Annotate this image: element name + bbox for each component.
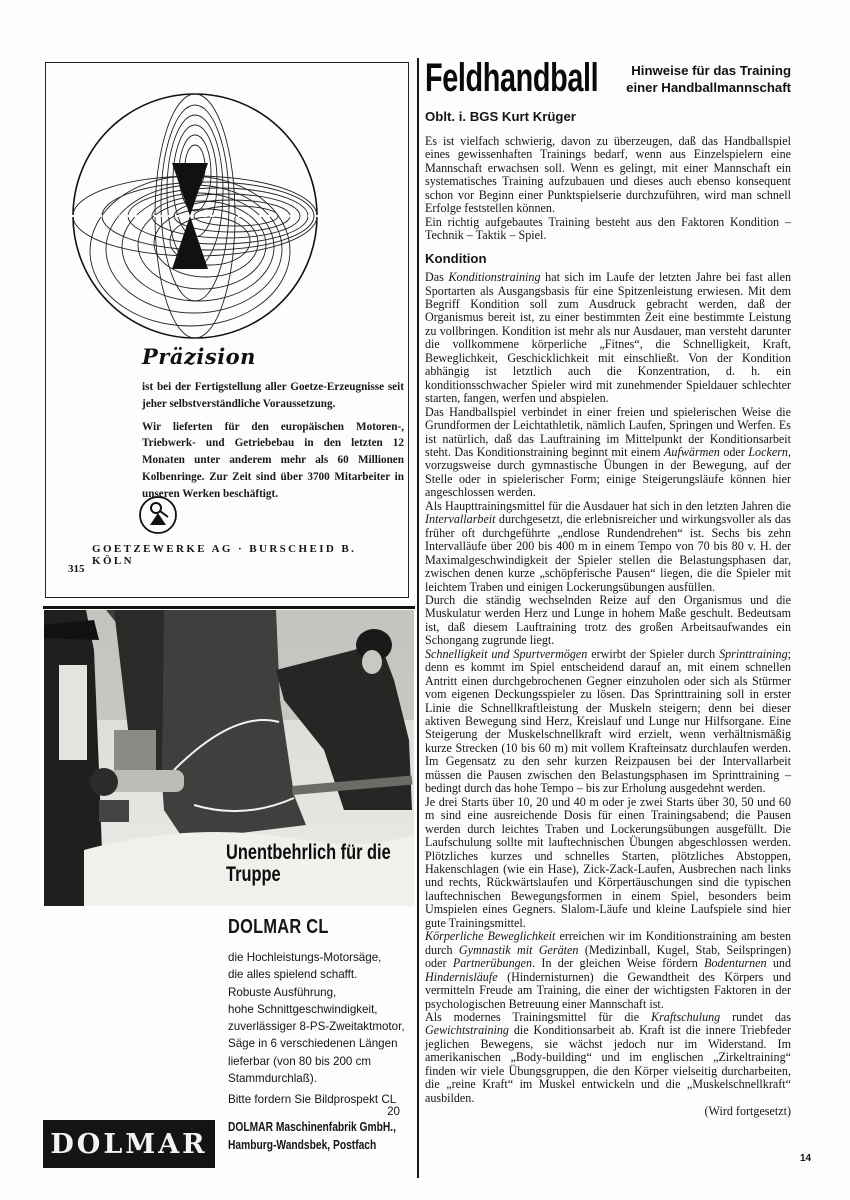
product-name: DOLMAR CL xyxy=(228,916,384,939)
paragraph: Als Haupttrainingsmittel für die Ausdaue… xyxy=(425,500,791,594)
ad-paragraph: ist bei der Fertigstellung aller Goetze-… xyxy=(142,379,404,413)
continued-note: (Wird fortgesetzt) xyxy=(425,1105,791,1118)
paragraph: Je drei Starts über 10, 20 und 40 m oder… xyxy=(425,796,791,931)
article-subtitle: Hinweise für das Training einer Handball… xyxy=(626,62,791,96)
paragraph: Ein richtig aufgebautes Training besteht… xyxy=(425,216,791,243)
goetze-logo-icon xyxy=(138,495,178,535)
article: Feldhandball Hinweise für das Training e… xyxy=(425,56,791,1119)
ad-line: Säge in 6 verschiedenen Längen xyxy=(228,1035,418,1052)
ad-line: Stammdurchlaß). xyxy=(228,1070,418,1087)
paragraph: Das Konditionstraining hat sich im Laufe… xyxy=(425,271,791,406)
ad-number: 20 xyxy=(228,1106,400,1118)
ad-paragraph: Wir lieferten für den europäischen Motor… xyxy=(142,419,404,503)
subtitle-line: einer Handballmannschaft xyxy=(626,79,791,96)
article-title: Feldhandball xyxy=(425,56,553,100)
ad-line: Robuste Ausführung, xyxy=(228,984,418,1001)
ad-line: lieferbar (von 80 bis 200 cm xyxy=(228,1053,418,1070)
paragraph: Durch die ständig wechselnden Reize auf … xyxy=(425,594,791,648)
dolmar-logo: DOLMAR xyxy=(43,1120,215,1168)
dolmar-ad-text: DOLMAR CL die Hochleistungs-Motorsäge, d… xyxy=(228,916,418,1154)
section-heading: Kondition xyxy=(425,252,791,265)
precision-ellipses-icon xyxy=(70,91,320,341)
company-address: DOLMAR Maschinenfabrik GmbH., xyxy=(228,1118,384,1136)
ad-line: hohe Schnittgeschwindigkeit, xyxy=(228,1001,418,1018)
ad-line: die alles spielend schafft. xyxy=(228,966,418,983)
article-author: Oblt. i. BGS Kurt Krüger xyxy=(425,109,791,124)
company-address: Hamburg-Wandsbek, Postfach xyxy=(228,1136,384,1154)
caption-line: Unentbehrlich für die xyxy=(226,842,391,864)
page-number: 14 xyxy=(800,1153,811,1164)
paragraph: Das Handballspiel verbindet in einer fre… xyxy=(425,406,791,500)
ad-company-name: GOETZEWERKE AG · BURSCHEID B. KÖLN xyxy=(92,543,402,567)
article-body: Es ist vielfach schwierig, davon zu über… xyxy=(425,135,791,1119)
ad-number: 315 xyxy=(68,563,85,575)
photo-caption: Unentbehrlich für die Truppe xyxy=(226,842,391,886)
article-header: Feldhandball Hinweise für das Training e… xyxy=(425,56,791,108)
ad-copy: ist bei der Fertigstellung aller Goetze-… xyxy=(142,379,404,509)
chainsaw-photo: Unentbehrlich für die Truppe xyxy=(44,610,414,906)
paragraph: Schnelligkeit und Spurtvermögen erwirbt … xyxy=(425,648,791,796)
paragraph: Körperliche Beweglichkeit erreichen wir … xyxy=(425,930,791,1011)
ad-line: zuverlässiger 8-PS-Zweitaktmotor, xyxy=(228,1018,418,1035)
subtitle-line: Hinweise für das Training xyxy=(626,62,791,79)
paragraph: Als modernes Trainingsmittel für die Kra… xyxy=(425,1011,791,1105)
ad-top-rule xyxy=(43,606,415,609)
caption-line: Truppe xyxy=(226,864,391,886)
goetze-advertisement: Präzision ist bei der Fertigstellung all… xyxy=(45,62,409,598)
ad-headline: Präzision xyxy=(142,344,256,369)
ad-line: die Hochleistungs-Motorsäge, xyxy=(228,949,418,966)
paragraph: Es ist vielfach schwierig, davon zu über… xyxy=(425,135,791,216)
